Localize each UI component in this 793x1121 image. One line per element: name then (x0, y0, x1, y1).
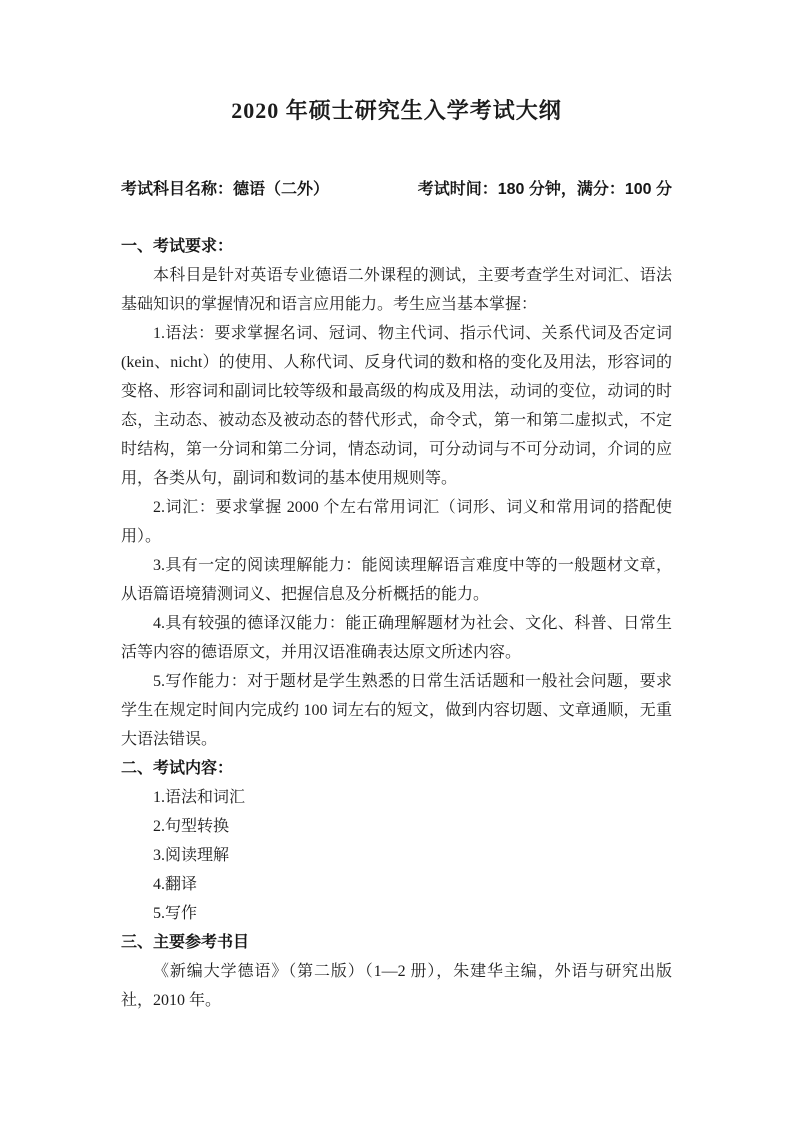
exam-meta-row: 考试科目名称：德语（二外） 考试时间：180 分钟，满分：100 分 (121, 178, 672, 202)
section-heading-references: 三、主要参考书目 (121, 928, 672, 957)
requirement-grammar-paragraph: 1.语法：要求掌握名词、冠词、物主代词、指示代词、关系代词及否定词(kein、n… (121, 319, 672, 493)
content-item-sentence-transformation: 2.句型转换 (121, 812, 672, 841)
requirement-reading-paragraph: 3.具有一定的阅读理解能力：能阅读理解语言难度中等的一般题材文章，从语篇语境猜测… (121, 551, 672, 609)
requirement-writing-paragraph: 5.写作能力：对于题材是学生熟悉的日常生活话题和一般社会问题，要求学生在规定时间… (121, 667, 672, 754)
content-item-translation: 4.翻译 (121, 870, 672, 899)
requirement-translation-paragraph: 4.具有较强的德译汉能力：能正确理解题材为社会、文化、科普、日常生活等内容的德语… (121, 609, 672, 667)
section-heading-requirements: 一、考试要求： (121, 232, 672, 261)
content-item-reading-comprehension: 3.阅读理解 (121, 841, 672, 870)
reference-book-paragraph: 《新编大学德语》（第二版）（1—2 册），朱建华主编，外语与研究出版社，2010… (121, 957, 672, 1015)
exam-subject-label: 考试科目名称：德语（二外） (121, 178, 329, 202)
exam-time-score-label: 考试时间：180 分钟，满分：100 分 (418, 178, 672, 202)
section-heading-contents: 二、考试内容： (121, 754, 672, 783)
requirements-intro-paragraph: 本科目是针对英语专业德语二外课程的测试，主要考查学生对词汇、语法基础知识的掌握情… (121, 261, 672, 319)
document-title: 2020 年硕士研究生入学考试大纲 (121, 96, 672, 126)
requirement-vocabulary-paragraph: 2.词汇：要求掌握 2000 个左右常用词汇（词形、词义和常用词的搭配使用）。 (121, 493, 672, 551)
content-item-grammar-vocabulary: 1.语法和词汇 (121, 783, 672, 812)
content-item-writing: 5.写作 (121, 899, 672, 928)
document-page: 2020 年硕士研究生入学考试大纲 考试科目名称：德语（二外） 考试时间：180… (0, 0, 793, 1121)
